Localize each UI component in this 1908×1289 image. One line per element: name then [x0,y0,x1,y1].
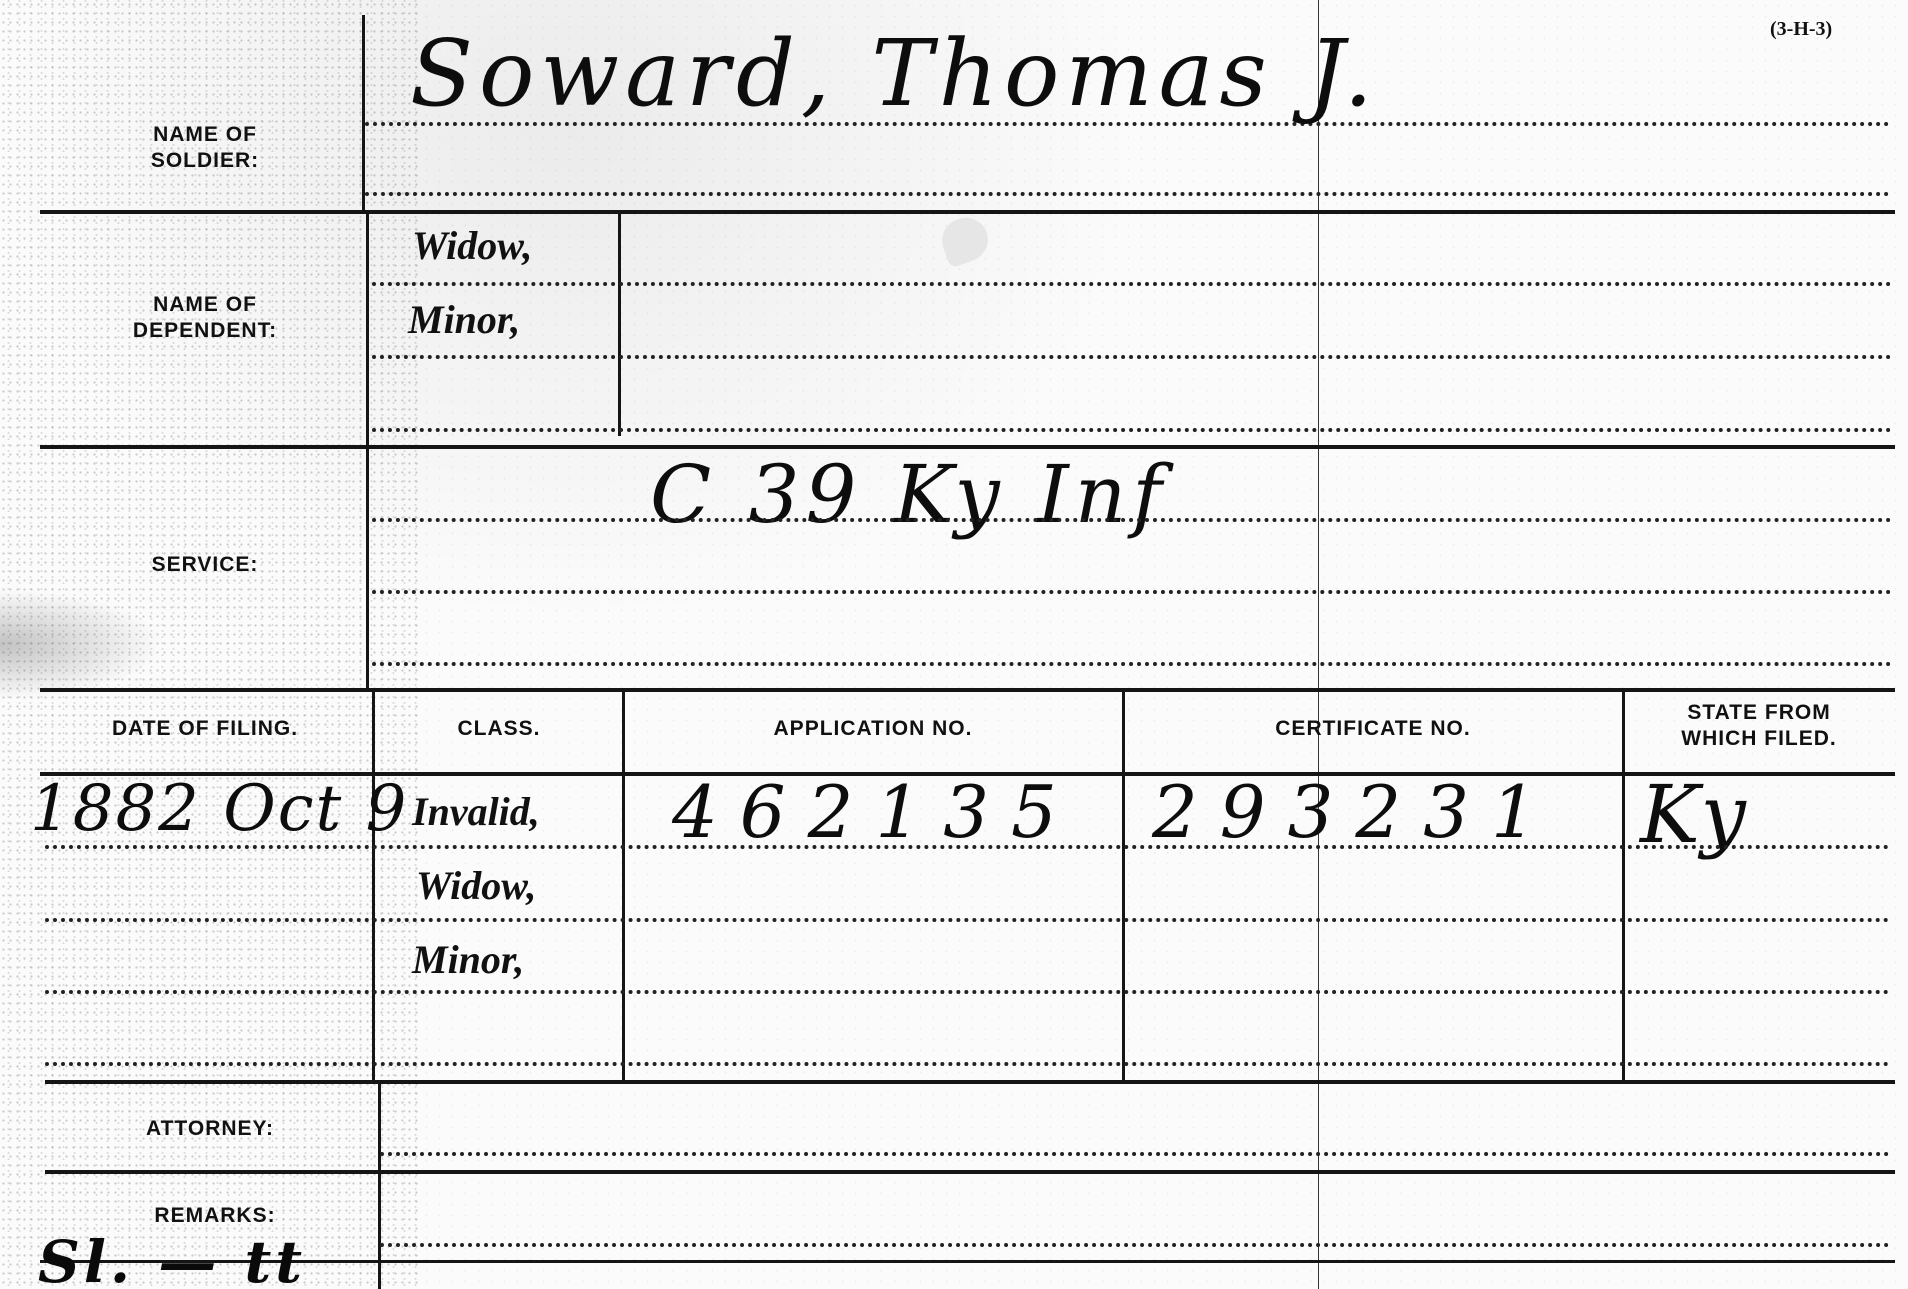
remarks-underline [40,1260,1895,1263]
section-divider [45,1170,1895,1174]
section-divider [40,688,1895,692]
remarks-line [380,1243,1890,1247]
class-header: CLASS. [378,716,620,742]
date-of-filing-header: DATE OF FILING. [45,716,365,742]
dependent-divider [618,214,621,436]
label-column-divider [378,1083,381,1289]
service-line [372,518,1892,522]
table-row-line [45,845,1890,849]
dependent-line [372,428,1892,432]
application-no-value: 462135 [672,770,1079,854]
certificate-no-header: CERTIFICATE NO. [1128,716,1618,742]
scan-noise-left [0,0,420,1289]
dependent-widow-label: Widow, [412,222,532,269]
section-divider [40,210,1895,214]
dependent-line [372,355,1892,359]
table-row-line [45,990,1890,994]
label-column-divider [362,15,365,210]
remarks-label: REMARKS: [120,1203,310,1229]
pension-index-card: (3-H-3) NAME OF SOLDIER: Soward, Thomas … [0,0,1908,1289]
service-line [372,662,1892,666]
table-row-line [45,918,1890,922]
label-column-divider [366,212,369,690]
table-row-line [45,1062,1890,1066]
dependent-line [372,282,1892,286]
name-of-dependent-label: NAME OF DEPENDENT: [80,292,330,344]
label-column-divider [372,690,375,1083]
column-divider [1122,690,1125,1083]
soldier-name-value: Soward, Thomas J. [410,20,1379,127]
column-divider [622,690,625,1083]
class-invalid-label: Invalid, [412,788,540,835]
application-no-header: APPLICATION NO. [628,716,1118,742]
column-divider [1622,690,1625,1083]
date-of-filing-value: 1882 Oct 9 [30,772,408,846]
form-code: (3-H-3) [1770,18,1832,41]
soldier-name-line [365,192,1890,196]
attorney-label: ATTORNEY: [110,1116,310,1142]
dependent-minor-label: Minor, [408,296,520,343]
service-value: C 39 Ky Inf [650,448,1168,541]
section-divider [45,1080,1895,1084]
attorney-line [380,1152,1890,1156]
name-of-soldier-label: NAME OF SOLDIER: [110,122,300,174]
state-from-which-filed-header: STATE FROM WHICH FILED. [1628,700,1890,752]
class-widow-label: Widow, [416,862,536,909]
service-line [372,590,1892,594]
margin-scribble: Sl. — tt [38,1228,306,1289]
class-minor-label: Minor, [412,936,524,983]
certificate-no-value: 293231 [1152,770,1559,854]
service-label: SERVICE: [120,552,290,578]
